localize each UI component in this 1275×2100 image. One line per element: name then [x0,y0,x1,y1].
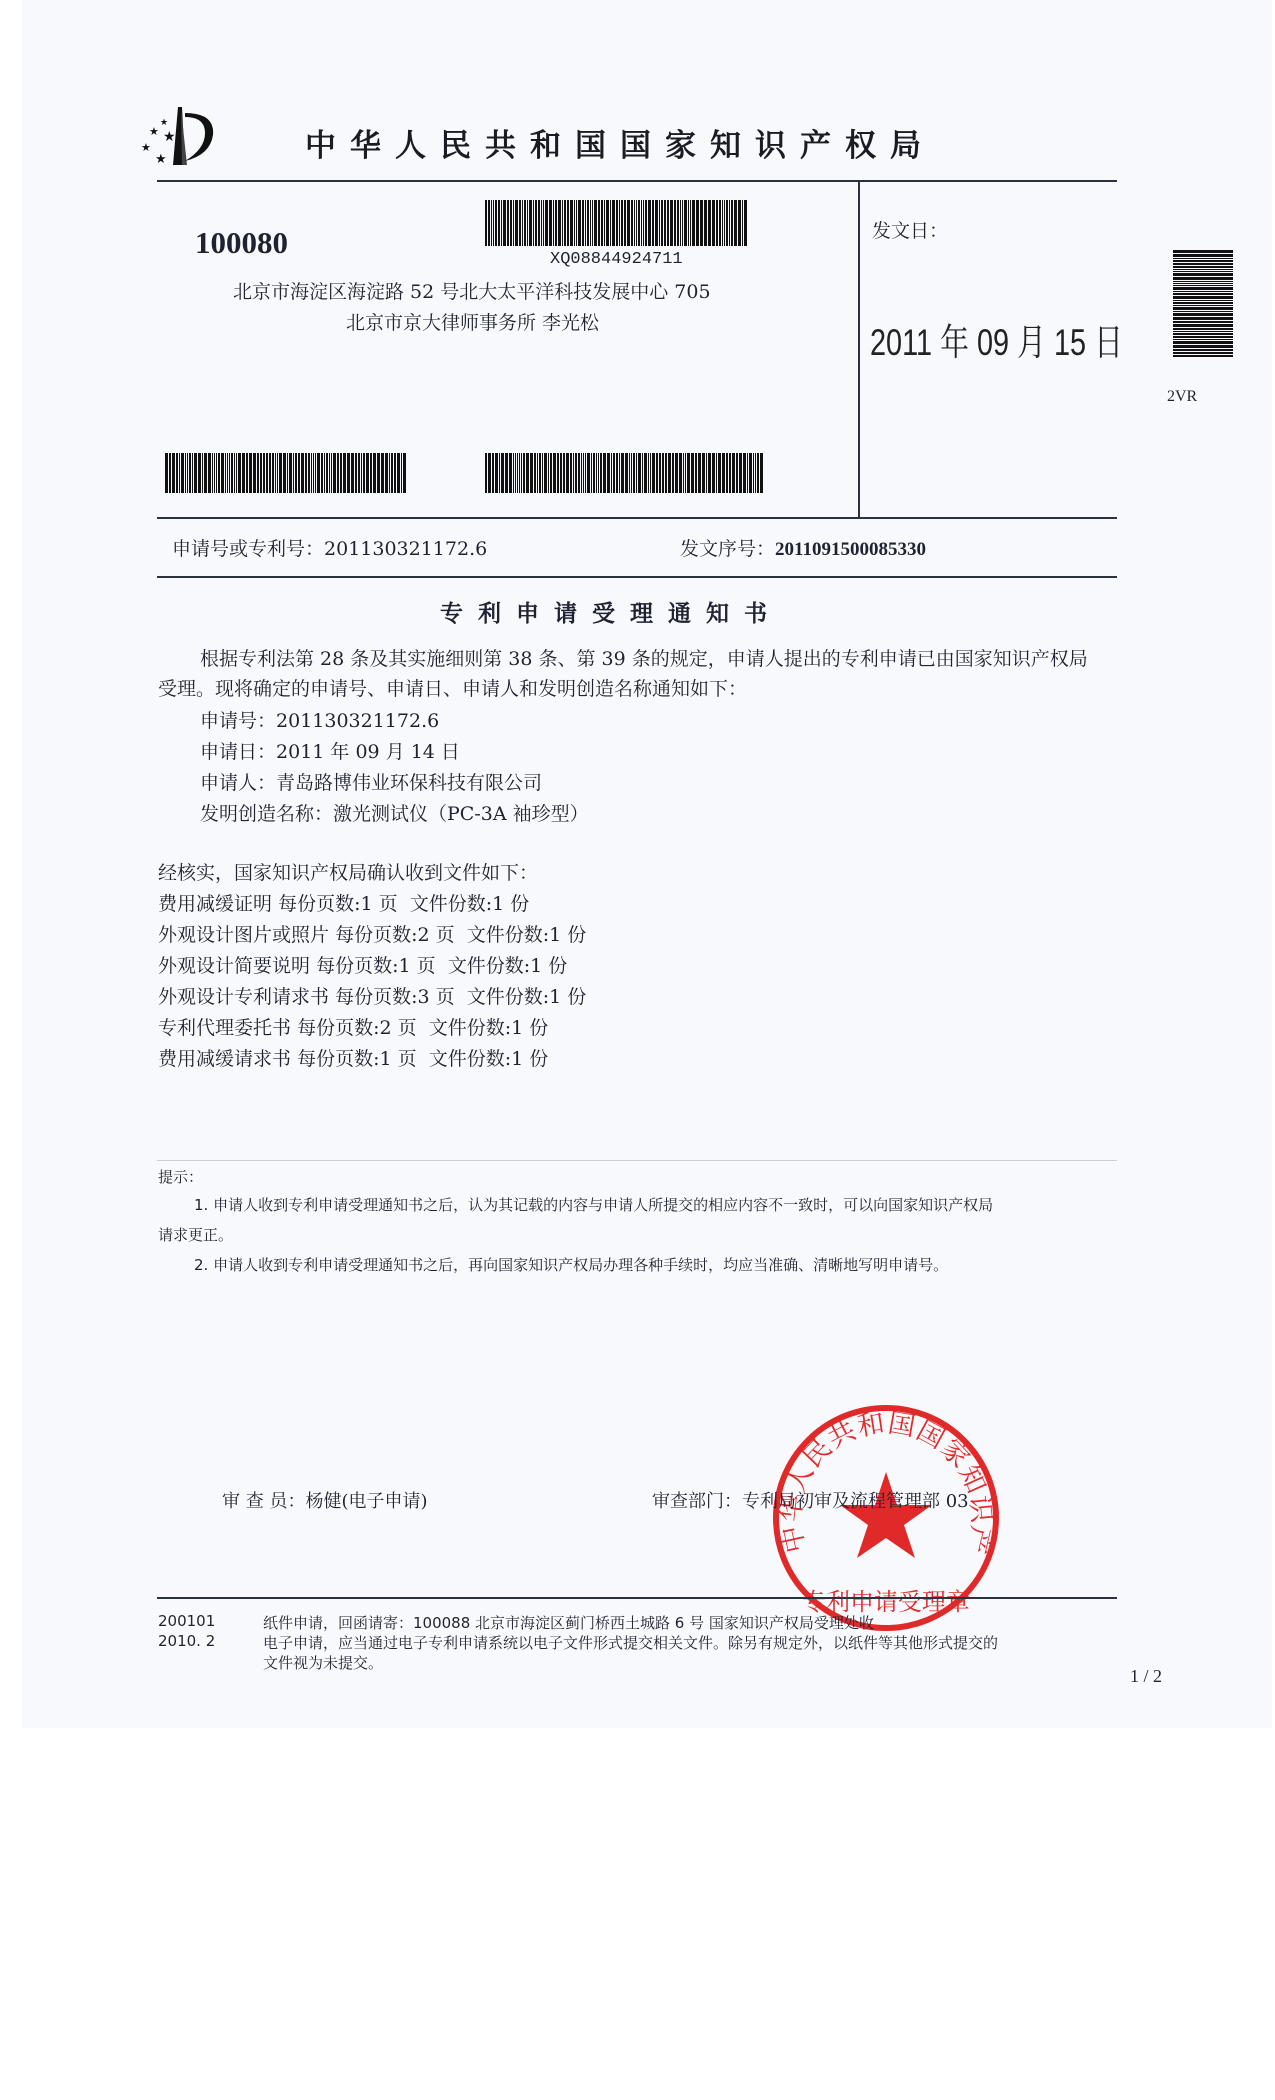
serial-number: 2011091500085330 [775,539,926,560]
file-pages: 每份页数:2 页 [297,1017,417,1039]
field-value: 2011 年 09 月 14 日 [276,741,460,763]
application-field-row: 申请号：201130321172.6 [200,706,439,733]
svg-text:★: ★ [160,118,168,128]
file-name: 专利代理委托书 [158,1017,291,1039]
intro-line-2: 受理。现将确定的申请号、申请日、申请人和发明创造名称通知如下： [158,674,747,701]
routing-barcode-right [485,453,764,493]
reference-top-divider [157,517,1117,519]
field-value: 201130321172.6 [276,710,439,732]
serial-number-label: 发文序号： [680,538,775,560]
field-value: 激光测试仪（PC-3A 袖珍型） [333,803,589,825]
official-seal: 中华人民共和国国家知识产权局 专利申请受理章 [768,1400,1004,1636]
file-name: 外观设计专利请求书 [158,986,329,1008]
notice-heading: 提示： [158,1166,203,1187]
received-file-row: 外观设计图片或照片 每份页数:2 页 文件份数:1 份 [158,920,586,947]
side-barcode-text: 2VR [1167,388,1197,406]
received-file-row: 专利代理委托书 每份页数:2 页 文件份数:1 份 [158,1013,548,1040]
issue-date: 2011 年 09 月 15 日 [870,312,1123,366]
field-value: 青岛路博伟业环保科技有限公司 [276,772,542,794]
notice-item-2: 2. 申请人收到专利申请受理通知书之后，再向国家知识产权局办理各种手续时，均应当… [194,1254,948,1275]
department-row: 审查部门：专利局初审及流程管理部 03 [652,1487,969,1513]
file-copies: 文件份数:1 份 [429,1017,549,1039]
recipient-line: 北京市京大律师事务所 李光松 [346,308,599,335]
form-code: 200101 [158,1612,215,1630]
received-files-heading: 经核实，国家知识产权局确认收到文件如下： [158,858,538,885]
routing-barcode-left [165,453,407,493]
field-label: 申请人： [200,772,276,794]
footer-line-1: 纸件申请，回函请寄：100088 北京市海淀区蓟门桥西土城路 6 号 国家知识产… [263,1612,874,1633]
postcode: 100080 [195,225,288,261]
received-file-row: 费用减缓请求书 每份页数:1 页 文件份数:1 份 [158,1044,548,1071]
tracking-barcode-text: XQ08844924711 [550,250,683,269]
application-field-row: 发明创造名称：激光测试仪（PC-3A 袖珍型） [200,799,589,826]
notice-item-1-line-2: 请求更正。 [158,1224,233,1245]
file-pages: 每份页数:1 页 [316,955,436,977]
tracking-barcode [485,200,748,246]
application-field-row: 申请人：青岛路博伟业环保科技有限公司 [200,768,542,795]
svg-text:★: ★ [163,129,176,145]
form-version: 2010. 2 [158,1632,215,1650]
svg-text:★: ★ [155,152,167,167]
address-line: 北京市海淀区海淀路 52 号北大太平洋科技发展中心 705 [233,277,711,304]
notice-divider [157,1160,1117,1161]
issue-date-label: 发文日： [872,216,948,243]
file-copies: 文件份数:1 份 [448,955,568,977]
field-label: 申请日： [200,741,276,763]
examiner-row: 审 查 员：杨健(电子申请) [222,1487,428,1513]
file-name: 费用减缓请求书 [158,1048,291,1070]
file-name: 费用减缓证明 [158,893,272,915]
notice-item-1-line-1: 1. 申请人收到专利申请受理通知书之后，认为其记载的内容与申请人所提交的相应内容… [194,1194,993,1215]
field-label: 申请号： [200,710,276,732]
file-copies: 文件份数:1 份 [467,986,587,1008]
application-number-label: 申请号或专利号： [172,538,324,560]
intro-line-1: 根据专利法第 28 条及其实施细则第 38 条、第 39 条的规定，申请人提出的… [200,644,1088,671]
file-pages: 每份页数:1 页 [278,893,398,915]
application-number: 201130321172.6 [324,538,487,560]
file-copies: 文件份数:1 份 [429,1048,549,1070]
field-label: 发明创造名称： [200,803,333,825]
received-file-row: 费用减缓证明 每份页数:1 页 文件份数:1 份 [158,889,529,916]
examiner-label: 审 查 员： [222,1491,305,1512]
department-name: 专利局初审及流程管理部 03 [742,1491,969,1512]
footer-line-2: 电子申请，应当通过电子专利申请系统以电子文件形式提交相关文件。除另有规定外，以纸… [263,1632,998,1653]
footer-line-3: 文件视为未提交。 [263,1652,383,1673]
received-file-row: 外观设计简要说明 每份页数:1 页 文件份数:1 份 [158,951,567,978]
file-name: 外观设计简要说明 [158,955,310,977]
reference-bottom-divider [157,576,1117,578]
file-copies: 文件份数:1 份 [467,924,587,946]
serial-number-row: 发文序号：2011091500085330 [680,534,926,561]
column-divider [858,181,860,519]
svg-text:★: ★ [149,125,159,138]
page-indicator: 1 / 2 [1130,1666,1162,1687]
file-copies: 文件份数:1 份 [410,893,530,915]
file-name: 外观设计图片或照片 [158,924,329,946]
application-number-row: 申请号或专利号：201130321172.6 [172,534,487,561]
footer-divider [157,1597,1117,1599]
file-pages: 每份页数:1 页 [297,1048,417,1070]
sipo-emblem-icon: ★ ★ ★ ★ ★ [135,105,225,167]
document-title: 专利申请受理通知书 [440,595,782,628]
examiner-name: 杨健(电子申请) [305,1491,427,1512]
file-pages: 每份页数:2 页 [335,924,455,946]
file-pages: 每份页数:3 页 [335,986,455,1008]
side-barcode [1173,250,1233,360]
agency-name: 中华人民共和国国家知识产权局 [305,120,935,165]
application-field-row: 申请日：2011 年 09 月 14 日 [200,737,460,764]
received-file-row: 外观设计专利请求书 每份页数:3 页 文件份数:1 份 [158,982,586,1009]
department-label: 审查部门： [652,1491,742,1512]
header-divider [157,180,1117,182]
svg-text:★: ★ [141,141,151,154]
